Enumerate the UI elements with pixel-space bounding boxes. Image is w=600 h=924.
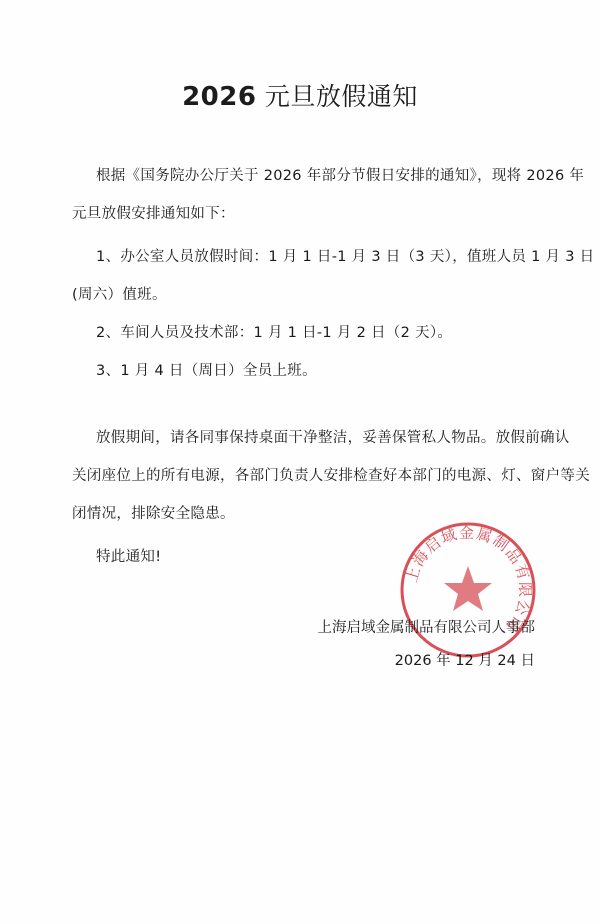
star-icon bbox=[444, 566, 492, 611]
notice-line-1: 放假期间，请各同事保持桌面干净整洁，妥善保管私人物品。放假前确认 bbox=[96, 428, 570, 448]
item-2-line-1: 2、车间人员及技术部：1 月 1 日-1 月 2 日（2 天）。 bbox=[96, 323, 452, 343]
document-title: 2026 元旦放假通知 bbox=[0, 80, 600, 114]
signature-date: 2026 年 12 月 24 日 bbox=[395, 651, 535, 671]
intro-line-2: 元旦放假安排通知如下： bbox=[72, 204, 235, 224]
company-seal-stamp: 上海启域金属制品有限公司 bbox=[398, 520, 538, 660]
item-1-line-1: 1、办公室人员放假时间：1 月 1 日-1 月 3 日（3 天），值班人员 1 … bbox=[96, 247, 594, 267]
title-text: 元旦放假通知 bbox=[265, 82, 418, 111]
notice-line-2: 关闭座位上的所有电源，各部门负责人安排检查好本部门的电源、灯、窗户等关 bbox=[72, 466, 590, 486]
item-1-line-2: (周六）值班。 bbox=[72, 285, 167, 305]
title-year: 2026 bbox=[182, 82, 256, 112]
signature-department: 上海启域金属制品有限公司人事部 bbox=[318, 618, 536, 638]
intro-line-1: 根据《国务院办公厅关于 2026 年部分节假日安排的通知》，现将 2026 年 bbox=[96, 166, 584, 186]
item-3-line-1: 3、1 月 4 日（周日）全员上班。 bbox=[96, 361, 317, 381]
notice-line-3: 闭情况，排除安全隐患。 bbox=[72, 504, 235, 524]
closing-line: 特此通知! bbox=[96, 547, 161, 567]
document-page: 2026 元旦放假通知 根据《国务院办公厅关于 2026 年部分节假日安排的通知… bbox=[0, 0, 600, 924]
